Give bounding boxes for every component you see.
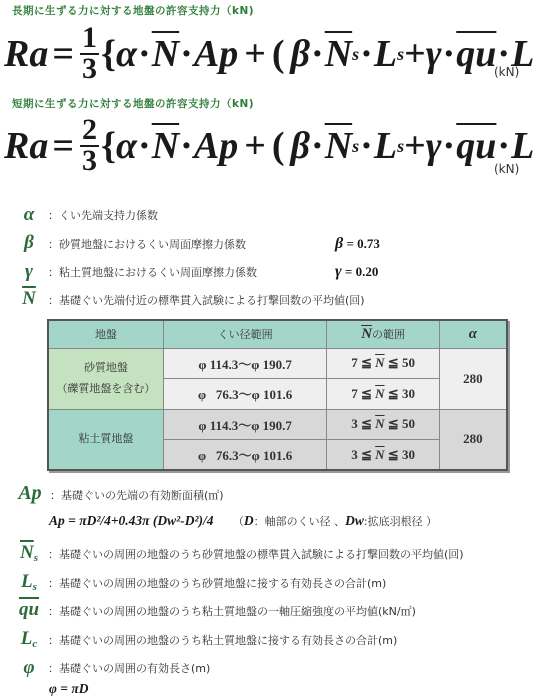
n-bar-description: ：基礎ぐい先端付近の標準貫入試験による打撃回数の平均値(回) — [48, 292, 365, 308]
header-alpha: α — [439, 320, 507, 348]
alpha-symbol: α — [12, 205, 46, 224]
header-n-range: Nの範囲 — [327, 320, 439, 348]
phi-description: ：基礎ぐいの周囲の有効長さ(m) — [48, 660, 210, 676]
qu-description: ：基礎ぐいの周囲の地盤のうち粘土質地盤の一軸圧縮強度の平均値(kN/㎡) — [48, 603, 416, 619]
fraction: 2 3 — [80, 116, 99, 175]
ls-symbol: Ls — [12, 572, 46, 593]
ground-sand: 砂質地盤 （礫質地盤を含む） — [48, 348, 163, 409]
lc-description: ：基礎ぐいの周囲の地盤のうち粘土質地盤に接する有効長さの合計(m) — [48, 632, 397, 648]
gamma-symbol: γ — [12, 262, 46, 281]
ap-description: ：基礎ぐいの先端の有効断面積(㎡) — [50, 487, 224, 503]
ap-formula: Ap = πD²/4+0.43π (Dw²-D²)/4 （D：軸部のくい径 、D… — [49, 513, 437, 529]
n-range-cell: 3 ≦ N ≦ 30 — [327, 440, 439, 471]
ground-clay: 粘土質地盤 — [48, 409, 163, 470]
alpha-description: ：くい先端支持力係数 — [48, 207, 158, 223]
n-bar-symbol: N — [12, 289, 46, 308]
ns-description: ：基礎ぐいの周囲の地盤のうち砂質地盤の標準貫入試験による打撃回数の平均値(回) — [48, 546, 464, 562]
table-row: 砂質地盤 （礫質地盤を含む） φ 114.3～φ 190.7 7 ≦ N ≦ 5… — [48, 348, 507, 379]
formula-lhs: Ra — [4, 35, 48, 73]
alpha-value-cell: 280 — [439, 348, 507, 409]
header-ground: 地盤 — [48, 320, 163, 348]
short-term-formula: Ra = 2 3 { α· N· Ap + ( β· Ns· Ls + γ· q… — [4, 116, 533, 175]
beta-value: β = 0.73 — [335, 235, 380, 253]
long-term-unit: (kN) — [494, 65, 519, 79]
gamma-value: γ = 0.20 — [335, 263, 378, 281]
fraction: 1 3 — [80, 24, 99, 83]
header-diameter: くい径範囲 — [163, 320, 327, 348]
diameter-cell: φ 76.3～φ 101.6 — [163, 379, 327, 410]
qu-bar-symbol: qu — [12, 600, 46, 619]
alpha-coefficient-table: 地盤 くい径範囲 Nの範囲 α 砂質地盤 （礫質地盤を含む） φ 114.3～φ… — [47, 319, 508, 471]
lc-symbol: Lc — [12, 629, 46, 650]
table-header-row: 地盤 くい径範囲 Nの範囲 α — [48, 320, 507, 348]
formula-equals: = — [52, 35, 74, 73]
ns-bar-symbol: Ns — [12, 543, 46, 564]
alpha-value-cell: 280 — [439, 409, 507, 470]
gamma-description: ：粘土質地盤におけるくい周面摩擦力係数 — [48, 264, 257, 280]
long-term-heading: 長期に生ずる力に対する地盤の許容支持力（kN) — [12, 3, 254, 18]
ls-description: ：基礎ぐいの周囲の地盤のうち砂質地盤に接する有効長さの合計(m) — [48, 575, 386, 591]
diameter-cell: φ 114.3～φ 190.7 — [163, 348, 327, 379]
phi-formula: φ = πD — [49, 681, 88, 697]
diameter-cell: φ 114.3～φ 190.7 — [163, 409, 327, 440]
n-range-cell: 3 ≦ N ≦ 50 — [327, 409, 439, 440]
phi-symbol: φ — [12, 658, 46, 677]
diameter-cell: φ 76.3～φ 101.6 — [163, 440, 327, 471]
beta-symbol: β — [12, 233, 46, 252]
n-range-cell: 7 ≦ N ≦ 30 — [327, 379, 439, 410]
short-term-unit: (kN) — [494, 162, 519, 176]
short-term-heading: 短期に生ずる力に対する地盤の許容支持力（kN) — [12, 96, 254, 111]
table-row: 粘土質地盤 φ 114.3～φ 190.7 3 ≦ N ≦ 50 280 — [48, 409, 507, 440]
long-term-formula: Ra = 1 3 { α· N· Ap + ( β· Ns· Ls + γ· q… — [4, 24, 533, 83]
beta-description: ：砂質地盤におけるくい周面摩擦力係数 — [48, 236, 246, 252]
n-range-cell: 7 ≦ N ≦ 50 — [327, 348, 439, 379]
ap-symbol: Ap — [10, 483, 50, 503]
